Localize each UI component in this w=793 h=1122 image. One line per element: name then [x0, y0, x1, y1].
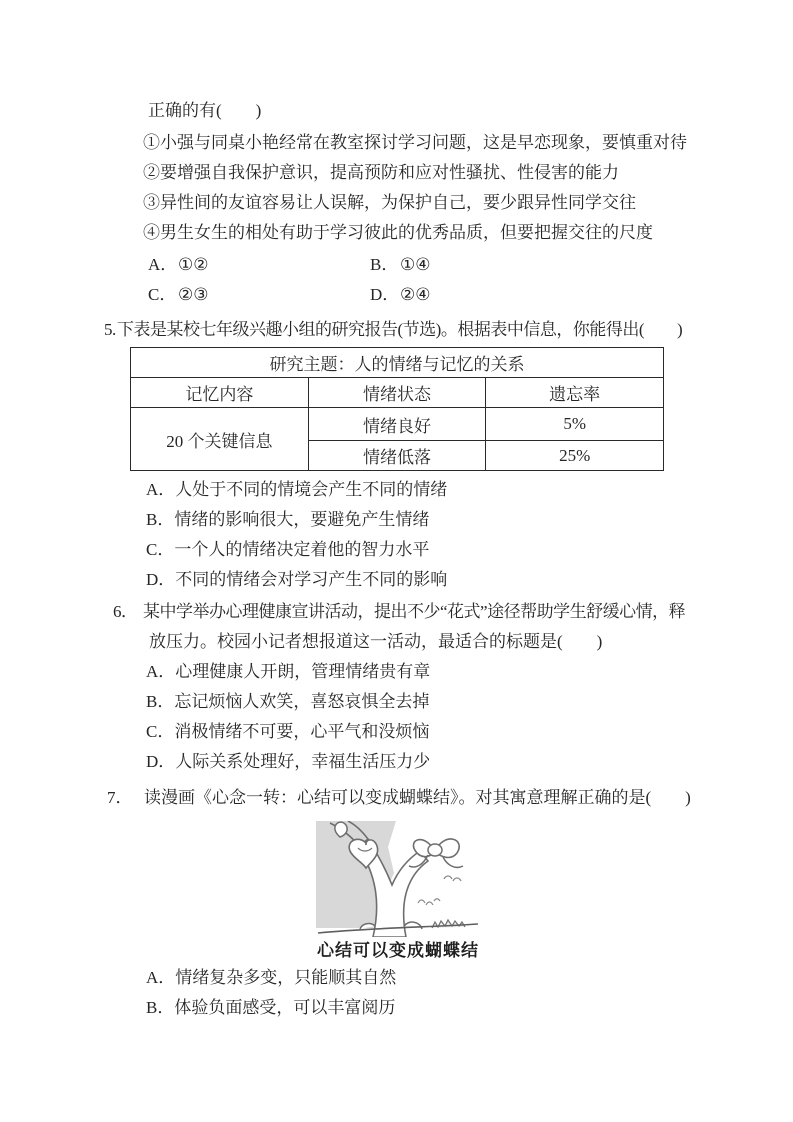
q5-option-c-text: 一个人的情绪决定着他的智力水平 [174, 540, 429, 559]
q5-option-c: C．一个人的情绪决定着他的智力水平 [146, 540, 429, 560]
q5-option-a: A．人处于不同的情境会产生不同的情绪 [146, 480, 447, 500]
cartoon-birds-2 [418, 899, 440, 905]
table-cell-rate-low: 25% [486, 441, 664, 471]
table-header-rate: 遗忘率 [486, 378, 664, 408]
cartoon-birds-1 [444, 876, 461, 881]
q5-option-b-label: B． [146, 510, 174, 529]
q7-option-b: B．体验负面感受，可以丰富阅历 [146, 998, 395, 1018]
q6-option-c-text: 消极情绪不可要，心平气和没烦恼 [174, 722, 429, 741]
q4-option-c: C．②③ [148, 285, 208, 305]
table-title-cell: 研究主题：人的情绪与记忆的关系 [131, 348, 664, 378]
q4-option-b-label: B． [370, 255, 400, 275]
q5-option-d-text: 不同的情绪会对学习产生不同的影响 [175, 570, 447, 589]
q6-stem-part1: 某中学举办心理健康宣讲活动，提出不少“花式”途径帮助学生舒缓心情，释 [143, 602, 685, 621]
q6-stem-part2: 放压力。校园小记者想报道这一活动，最适合的标题是( ) [149, 632, 602, 651]
q4-option-d: D．②④ [370, 285, 430, 305]
q4-item-1: ①小强与同桌小艳经常在教室探讨学习问题，这是早恋现象，要慎重对待 [143, 133, 687, 153]
q6-stem-line-1: 6．某中学举办心理健康宣讲活动，提出不少“花式”途径帮助学生舒缓心情，释 [113, 602, 685, 622]
q4-option-a: A．①② [148, 255, 208, 275]
table-header-memory: 记忆内容 [131, 378, 309, 408]
q6-option-d-text: 人际关系处理好，幸福生活压力少 [175, 752, 430, 771]
q6-stem-line-2: 放压力。校园小记者想报道这一活动，最适合的标题是( ) [149, 632, 602, 652]
table-cell-memory-content: 20 个关键信息 [131, 408, 309, 471]
q5-stem: 下表是某校七年级兴趣小组的研究报告(节选)。根据表中信息，你能得出( ) [117, 320, 682, 339]
q6-option-b-label: B． [146, 692, 174, 711]
q5-option-a-label: A． [146, 480, 175, 499]
q4-option-d-label: D． [370, 285, 400, 305]
q6-option-c: C．消极情绪不可要，心平气和没烦恼 [146, 722, 429, 742]
q4-option-b: B．①④ [370, 255, 430, 275]
q6-option-d: D．人际关系处理好，幸福生活压力少 [146, 752, 430, 772]
q6-option-a-text: 心理健康人开朗，管理情绪贵有章 [175, 662, 430, 681]
q7-cartoon-caption: 心结可以变成蝴蝶结 [309, 936, 487, 961]
q7-option-a-text: 情绪复杂多变，只能顺其自然 [175, 968, 396, 987]
q5-number: 5. [104, 320, 117, 340]
q4-lead: 正确的有( ) [148, 101, 261, 121]
q5-option-a-text: 人处于不同的情境会产生不同的情绪 [175, 480, 447, 499]
table-header-state: 情绪状态 [308, 378, 486, 408]
q7-option-a-label: A． [146, 968, 175, 987]
q4-item-3: ③异性间的友谊容易让人误解，为保护自己，要少跟异性同学交往 [143, 193, 636, 213]
q4-option-a-label: A． [148, 255, 178, 275]
q7-stem: 读漫画《心念一转：心结可以变成蝴蝶结》。对其寓意理解正确的是( ) [144, 788, 691, 807]
q7-option-b-text: 体验负面感受，可以丰富阅历 [174, 998, 395, 1017]
exam-page: 正确的有( ) ①小强与同桌小艳经常在教室探讨学习问题，这是早恋现象，要慎重对待… [0, 0, 793, 1122]
q4-option-c-label: C． [148, 285, 178, 305]
q5-option-d-label: D． [146, 570, 175, 589]
table-cell-state-good: 情绪良好 [308, 408, 486, 441]
q4-option-b-text: ①④ [400, 255, 430, 274]
q6-option-b-text: 忘记烦恼人欢笑，喜怒哀惧全去掉 [174, 692, 429, 711]
q4-item-4: ④男生女生的相处有助于学习彼此的优秀品质，但要把握交往的尺度 [143, 223, 653, 243]
q7-option-a: A．情绪复杂多变，只能顺其自然 [146, 968, 396, 988]
q6-option-b: B．忘记烦恼人欢笑，喜怒哀惧全去掉 [146, 692, 429, 712]
q4-option-a-text: ①② [178, 255, 208, 274]
q4-option-d-text: ②④ [400, 285, 430, 304]
q6-option-c-label: C． [146, 722, 174, 741]
q5-stem-line: 5.下表是某校七年级兴趣小组的研究报告(节选)。根据表中信息，你能得出( ) [104, 320, 682, 340]
q7-number: 7． [107, 788, 144, 808]
q5-option-b-text: 情绪的影响很大，要避免产生情绪 [174, 510, 429, 529]
q5-option-d: D．不同的情绪会对学习产生不同的影响 [146, 570, 447, 590]
table-cell-state-low: 情绪低落 [308, 441, 486, 471]
q4-item-2: ②要增强自我保护意识，提高预防和应对性骚扰、性侵害的能力 [143, 163, 619, 183]
q5-option-c-label: C． [146, 540, 174, 559]
q5-research-table: 研究主题：人的情绪与记忆的关系 记忆内容 情绪状态 遗忘率 20 个关键信息 情… [130, 347, 664, 471]
q6-number: 6． [113, 602, 143, 622]
q7-option-b-label: B． [146, 998, 174, 1017]
table-cell-rate-good: 5% [486, 408, 664, 441]
q6-option-d-label: D． [146, 752, 175, 771]
q6-option-a: A．心理健康人开朗，管理情绪贵有章 [146, 662, 430, 682]
q6-option-a-label: A． [146, 662, 175, 681]
q4-option-c-text: ②③ [178, 285, 208, 304]
cartoon-bow-knot-center [428, 844, 442, 856]
q5-option-b: B．情绪的影响很大，要避免产生情绪 [146, 510, 429, 530]
q7-stem-line: 7．读漫画《心念一转：心结可以变成蝴蝶结》。对其寓意理解正确的是( ) [107, 788, 691, 808]
q7-cartoon-image [316, 821, 480, 937]
